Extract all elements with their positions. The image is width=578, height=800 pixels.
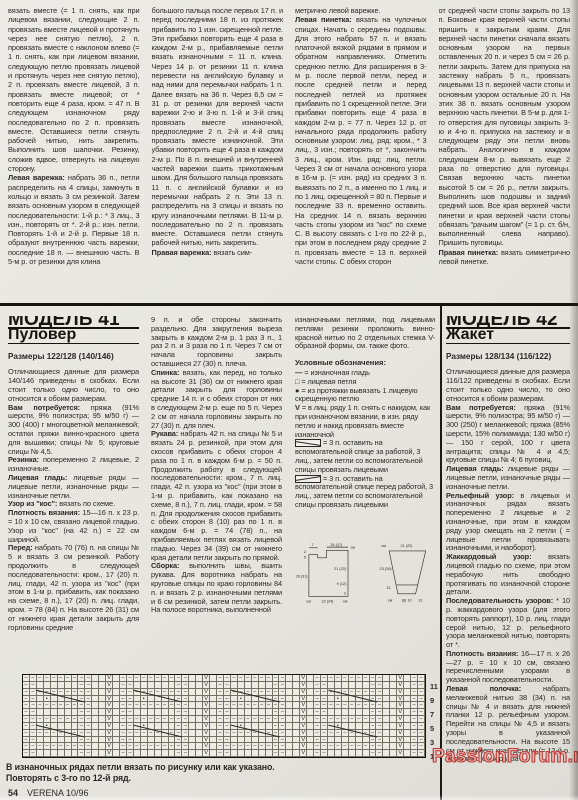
paragraph: Рельефный узор: в лицевых и изнаночных р…	[446, 492, 570, 554]
chart-cell: V	[300, 702, 307, 709]
chart-cell: –	[182, 682, 189, 689]
chart-cell: –	[120, 750, 127, 757]
chart-cell	[169, 696, 176, 703]
chart-cell: V	[106, 709, 113, 716]
paragraph: Лицевая гладь: лицевые ряды — лицевые пе…	[446, 465, 570, 491]
chart-cell: –	[321, 709, 328, 716]
chart-cell: –	[328, 730, 335, 737]
chart-cell: V	[300, 743, 307, 750]
chart-cell	[113, 716, 120, 723]
chart-cell: –	[321, 702, 328, 709]
chart-cell	[293, 675, 300, 682]
paragraph: Левая пинетка: вязать на чулочных спицах…	[295, 15, 427, 266]
chart-cell	[92, 709, 99, 716]
chart-cell: –	[266, 675, 273, 682]
chart-cell	[383, 682, 390, 689]
chart-cell	[286, 716, 293, 723]
chart-cell: –	[252, 689, 259, 696]
chart-cell: –	[238, 689, 245, 696]
pattern-schematics: 7 15 (17) см 2 5 26 (31) 21 (22) 9 (12) …	[295, 522, 435, 624]
chart-cell: –	[349, 702, 356, 709]
column-divider-rule	[440, 306, 442, 800]
chart-cell: –	[217, 709, 224, 716]
chart-cell	[383, 696, 390, 703]
chart-cell: –	[78, 716, 85, 723]
chart-cell: –	[134, 743, 141, 750]
chart-cell: •	[335, 696, 342, 703]
scan-edge-shadow	[569, 0, 578, 800]
chart-cell: V	[203, 716, 210, 723]
chart-cell: –	[266, 716, 273, 723]
chart-cell: –	[328, 702, 335, 709]
chart-cell	[307, 702, 314, 709]
measurement-label: 9 (12)	[337, 582, 348, 586]
chart-cell: V	[300, 675, 307, 682]
model-42-section: МОДЕЛЬ 42 Жакет Размеры 128/134 (116/122…	[446, 316, 570, 794]
chart-cell: –	[238, 743, 245, 750]
chart-cell: –	[85, 743, 92, 750]
chart-cell: –	[418, 689, 425, 696]
chart-cell: –	[231, 689, 238, 696]
chart-caption: В изнаночных рядах петли вязать по рисун…	[6, 762, 434, 783]
chart-cell	[72, 750, 79, 757]
chart-cell	[252, 750, 259, 757]
chart-cell	[286, 682, 293, 689]
chart-cell: –	[30, 723, 37, 730]
chart-cell	[65, 709, 72, 716]
chart-cell	[286, 702, 293, 709]
chart-cell: –	[356, 675, 363, 682]
top-column-3: метрично левой варежке.Левая пинетка: вя…	[295, 6, 427, 301]
chart-cell	[148, 709, 155, 716]
chart-cell: –	[349, 730, 356, 737]
chart-cell	[245, 682, 252, 689]
chart-cell: –	[120, 743, 127, 750]
chart-cell	[99, 682, 106, 689]
chart-cell: –	[134, 716, 141, 723]
chart-cell	[189, 743, 196, 750]
chart-cell	[259, 709, 266, 716]
chart-cell: –	[279, 709, 286, 716]
chart-cell: –	[328, 743, 335, 750]
knitting-chart-grid: ––––––––––V––––––––––V––––––––––V–––––––…	[22, 674, 426, 758]
chart-cell: –	[314, 743, 321, 750]
chart-cell	[245, 737, 252, 744]
chart-cell: –	[175, 702, 182, 709]
chart-cell: –	[182, 675, 189, 682]
chart-cell	[141, 682, 148, 689]
chart-cell: –	[231, 675, 238, 682]
chart-cell: –	[349, 743, 356, 750]
chart-cell: –	[279, 696, 286, 703]
chart-cell	[390, 737, 397, 744]
chart-cell: –	[72, 702, 79, 709]
chart-cell: –	[238, 716, 245, 723]
model-41-sizes: Размеры 122/128 (140/146)	[8, 353, 139, 362]
chart-cell: –	[182, 716, 189, 723]
chart-cell: –	[224, 702, 231, 709]
chart-cell: –	[321, 743, 328, 750]
chart-cell	[65, 682, 72, 689]
chart-cell: –	[314, 689, 321, 696]
chart-cell: –	[65, 702, 72, 709]
chart-cell	[113, 723, 120, 730]
chart-cell: –	[231, 730, 238, 737]
chart-cell: –	[65, 743, 72, 750]
chart-cell	[99, 709, 106, 716]
chart-cell: –	[370, 737, 377, 744]
chart-cell: –	[411, 750, 418, 757]
chart-cell: V	[106, 750, 113, 757]
chart-cell: –	[78, 682, 85, 689]
paragraph-lead: Правая пинетка:	[439, 248, 501, 257]
chart-cell: –	[273, 716, 280, 723]
paragraph: Сборка: выполнить швы, вшить рукава. Для…	[151, 562, 282, 615]
chart-cell: –	[141, 689, 148, 696]
chart-cell: –	[376, 675, 383, 682]
chart-cell: –	[342, 689, 349, 696]
chart-cell	[113, 675, 120, 682]
chart-cell: –	[155, 730, 162, 737]
chart-cell: –	[141, 702, 148, 709]
paragraph: Спинка: вязать, как перед, но только на …	[151, 369, 282, 431]
chart-cell: –	[65, 730, 72, 737]
chart-cell: –	[182, 689, 189, 696]
chart-cell	[99, 743, 106, 750]
chart-cell	[162, 682, 169, 689]
chart-cell	[404, 743, 411, 750]
chart-cell: –	[141, 743, 148, 750]
chart-cell: –	[314, 675, 321, 682]
chart-cell	[231, 709, 238, 716]
chart-cell: V	[397, 716, 404, 723]
chart-cell	[92, 743, 99, 750]
cable-front-icon	[295, 475, 321, 483]
chart-cell	[404, 723, 411, 730]
chart-cell	[390, 689, 397, 696]
chart-cell	[141, 737, 148, 744]
chart-cell: –	[231, 743, 238, 750]
chart-cell: –	[418, 709, 425, 716]
chart-cell	[363, 723, 370, 730]
paragraph: Рукава: набрать 42 п. на спицы № 5 и вяз…	[151, 430, 282, 562]
legend-item: ●= из протяжки вывязать 1 лицевую скреще…	[295, 387, 435, 405]
model-41-heading: МОДЕЛЬ 41 Пуловер Размеры 122/128 (140/1…	[8, 316, 139, 361]
chart-cell	[113, 750, 120, 757]
chart-cell	[390, 730, 397, 737]
chart-cell	[58, 750, 65, 757]
chart-cell: –	[335, 675, 342, 682]
chart-cell: –	[23, 743, 30, 750]
chart-cell	[72, 682, 79, 689]
chart-cell: –	[411, 689, 418, 696]
chart-cell	[349, 709, 356, 716]
chart-row-number: 7	[430, 711, 434, 719]
chart-cell: –	[273, 723, 280, 730]
chart-cell	[342, 737, 349, 744]
chart-cell	[259, 723, 266, 730]
chart-cell: V	[106, 689, 113, 696]
chart-cell: –	[175, 689, 182, 696]
chart-cell	[245, 696, 252, 703]
chart-cell	[65, 696, 72, 703]
chart-cell	[383, 750, 390, 757]
chart-cell	[293, 696, 300, 703]
chart-cell	[293, 709, 300, 716]
chart-cell: –	[273, 709, 280, 716]
chart-cell: –	[37, 716, 44, 723]
model-41-subtitle: Пуловер	[8, 329, 139, 344]
chart-cell: –	[72, 730, 79, 737]
chart-cell: –	[162, 716, 169, 723]
chart-cell: –	[58, 702, 65, 709]
chart-cell: –	[314, 682, 321, 689]
chart-cell	[252, 682, 259, 689]
chart-cell: V	[203, 723, 210, 730]
chart-cell: –	[245, 716, 252, 723]
top-instructions-section: вязать вместе (= 1 п. снять, как при лиц…	[8, 6, 570, 301]
chart-cell: –	[175, 696, 182, 703]
chart-cell: V	[106, 682, 113, 689]
chart-cell: –	[224, 682, 231, 689]
chart-cell: –	[363, 716, 370, 723]
chart-cell: –	[44, 702, 51, 709]
chart-cell: –	[370, 730, 377, 737]
chart-cell	[404, 682, 411, 689]
chart-cell: –	[411, 723, 418, 730]
chart-cell: –	[127, 737, 134, 744]
chart-cell: –	[141, 716, 148, 723]
paragraph-lead: Сборка:	[151, 561, 189, 570]
chart-cell: –	[273, 696, 280, 703]
chart-cell	[335, 709, 342, 716]
model-42-text: Отличающиеся данные для размера 116/122 …	[446, 368, 570, 764]
chart-cell: V	[397, 682, 404, 689]
chart-cell: –	[134, 689, 141, 696]
paragraph: Плотность вязания: 15—16 п. x 23 р. = 10…	[8, 509, 139, 544]
chart-cell	[141, 709, 148, 716]
chart-cell	[342, 723, 349, 730]
chart-cell: V	[203, 750, 210, 757]
chart-cell: –	[376, 730, 383, 737]
chart-cell: –	[182, 750, 189, 757]
paragraph: Перед: набрать 70 (76) п. на спицы № 5 и…	[8, 544, 139, 632]
chart-cell	[363, 750, 370, 757]
chart-cell: –	[120, 702, 127, 709]
chart-cell: –	[120, 730, 127, 737]
measurement-label: см	[388, 598, 393, 602]
chart-cell: –	[155, 743, 162, 750]
chart-cell: –	[273, 750, 280, 757]
chart-cell: –	[224, 737, 231, 744]
chart-cell: –	[266, 689, 273, 696]
chart-cell	[134, 696, 141, 703]
chart-cell	[342, 696, 349, 703]
chart-row-number: 11	[430, 683, 438, 691]
chart-cell	[37, 696, 44, 703]
chart-cell	[92, 696, 99, 703]
chart-cell	[286, 737, 293, 744]
chart-cell	[113, 682, 120, 689]
chart-cell: –	[78, 730, 85, 737]
chart-cell: –	[370, 696, 377, 703]
paragraph-lead: Лицевая гладь:	[8, 473, 73, 482]
chart-cell: –	[279, 689, 286, 696]
chart-cell	[259, 737, 266, 744]
chart-cell: –	[376, 737, 383, 744]
chart-cell: –	[155, 675, 162, 682]
legend-item: V= в лиц. ряду 1 п. снять с накидом, как…	[295, 404, 435, 439]
paragraph: изнаночными петлями, под лицевыми петлям…	[295, 316, 435, 351]
chart-cell	[342, 709, 349, 716]
chart-cell: –	[85, 723, 92, 730]
chart-cell: –	[85, 716, 92, 723]
chart-cell	[293, 730, 300, 737]
chart-cell	[99, 730, 106, 737]
chart-cell: –	[356, 702, 363, 709]
chart-cell	[252, 737, 259, 744]
chart-cell: –	[148, 743, 155, 750]
chart-cell	[196, 689, 203, 696]
model-41-column-b: 9 п. и обе стороны закончить раздельно. …	[151, 316, 282, 668]
paragraph: 9 п. и обе стороны закончить раздельно. …	[151, 316, 282, 369]
chart-cell: –	[30, 743, 37, 750]
chart-cell: –	[141, 675, 148, 682]
chart-cell	[404, 730, 411, 737]
chart-cell	[383, 723, 390, 730]
chart-cell	[363, 737, 370, 744]
chart-cell: –	[51, 730, 58, 737]
chart-cell: –	[58, 716, 65, 723]
chart-cell: –	[175, 743, 182, 750]
chart-cell	[231, 682, 238, 689]
chart-cell	[210, 743, 217, 750]
chart-cell: V	[106, 737, 113, 744]
chart-cell	[342, 682, 349, 689]
chart-cell	[155, 750, 162, 757]
chart-cell	[286, 689, 293, 696]
chart-cell: –	[72, 716, 79, 723]
chart-cell: –	[72, 675, 79, 682]
chart-cell: –	[217, 675, 224, 682]
chart-cell	[286, 709, 293, 716]
measurement-label: см	[306, 599, 311, 603]
chart-cell	[210, 723, 217, 730]
chart-cell: –	[279, 750, 286, 757]
chart-cell	[113, 730, 120, 737]
chart-cell	[356, 723, 363, 730]
chart-cell	[92, 750, 99, 757]
chart-cell	[196, 730, 203, 737]
chart-cell: –	[314, 730, 321, 737]
chart-cell	[238, 682, 245, 689]
paragraph: Отличающиеся данные для размера 116/122 …	[446, 368, 570, 403]
chart-cell: –	[85, 682, 92, 689]
chart-cell	[266, 723, 273, 730]
chart-cell	[44, 682, 51, 689]
chart-cell: –	[411, 716, 418, 723]
chart-cell: –	[162, 689, 169, 696]
chart-cell: –	[44, 716, 51, 723]
chart-cell	[404, 696, 411, 703]
chart-cell	[238, 709, 245, 716]
chart-cell	[238, 737, 245, 744]
chart-cell: –	[279, 702, 286, 709]
paragraph: Левая варежка: набрать 36 п., петли расп…	[8, 173, 140, 266]
chart-cell: –	[30, 730, 37, 737]
chart-cell: –	[376, 702, 383, 709]
chart-cell: –	[224, 730, 231, 737]
chart-cell	[58, 696, 65, 703]
chart-cell: –	[78, 675, 85, 682]
chart-cell: –	[65, 716, 72, 723]
chart-cell: –	[120, 737, 127, 744]
chart-cell: –	[411, 737, 418, 744]
chart-cell	[349, 737, 356, 744]
chart-cell	[307, 730, 314, 737]
measurement-label: 26 (31)	[296, 574, 309, 578]
chart-cell	[162, 737, 169, 744]
chart-cell	[293, 723, 300, 730]
chart-cell: –	[259, 743, 266, 750]
chart-cell	[155, 682, 162, 689]
measurement-label: 7	[311, 543, 313, 547]
sleeve-outline	[390, 551, 427, 594]
chart-cell: –	[169, 689, 176, 696]
paragraph-lead: Плотность вязания:	[8, 508, 82, 517]
chart-cell: •	[335, 723, 342, 730]
chart-cell: –	[370, 675, 377, 682]
chart-cell: –	[58, 675, 65, 682]
chart-cell	[134, 709, 141, 716]
paragraph-lead: Рукава:	[151, 429, 180, 438]
chart-cell: –	[127, 696, 134, 703]
chart-cell: –	[224, 675, 231, 682]
chart-cell: –	[182, 723, 189, 730]
chart-cell	[155, 723, 162, 730]
chart-cell: –	[370, 750, 377, 757]
chart-caption-line-1: В изнаночных рядах петли вязать по рисун…	[6, 762, 434, 773]
chart-cell: –	[78, 750, 85, 757]
chart-cell: –	[85, 675, 92, 682]
measurement-label: 15 (17)	[330, 543, 343, 547]
chart-cell: –	[321, 723, 328, 730]
chart-cell: –	[245, 743, 252, 750]
chart-cell	[328, 750, 335, 757]
chart-cell	[390, 709, 397, 716]
chart-cell: –	[279, 716, 286, 723]
chart-cell: –	[279, 743, 286, 750]
chart-cell	[37, 682, 44, 689]
chart-cell	[189, 696, 196, 703]
chart-cell: –	[175, 723, 182, 730]
magazine-page: вязать вместе (= 1 п. снять, как при лиц…	[0, 0, 578, 800]
chart-cell	[286, 743, 293, 750]
chart-cell: –	[418, 723, 425, 730]
chart-cell	[92, 737, 99, 744]
chart-cell	[404, 675, 411, 682]
chart-cell: –	[148, 689, 155, 696]
chart-cell: –	[321, 730, 328, 737]
chart-cell: –	[78, 743, 85, 750]
chart-cell: –	[78, 702, 85, 709]
chart-cell	[72, 723, 79, 730]
chart-cell	[51, 723, 58, 730]
chart-cell: –	[155, 689, 162, 696]
chart-cell: –	[328, 716, 335, 723]
chart-cell: –	[155, 716, 162, 723]
chart-cell: •	[238, 696, 245, 703]
